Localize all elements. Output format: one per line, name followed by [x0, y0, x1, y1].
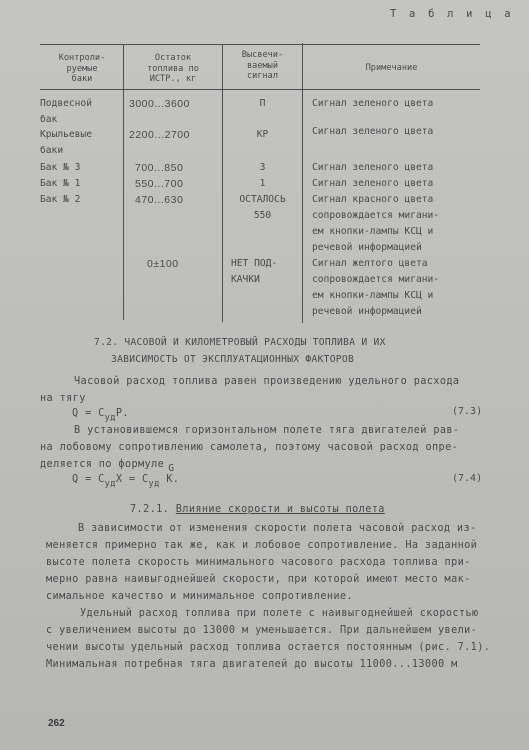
document-page: Т а б л и ц а 7.2 Контроли- руемые баки …	[0, 0, 529, 750]
eq-subscript: уд	[105, 479, 116, 489]
subsection-heading: 7.2.1. Влияние скорости и высоты полета	[130, 501, 385, 518]
cell-tank: Крыльевые баки	[40, 127, 92, 159]
cell-signal: НЕТ ПОД- КАЧКИ	[231, 256, 277, 288]
section-heading: 7.2. ЧАСОВОЙ И КИЛОМЕТРОВЫЙ РАСХОДЫ ТОПЛ…	[94, 337, 386, 348]
equation-7-4: Q = CудX = Cуд GK.	[72, 471, 179, 489]
paragraph-line: меняется примерно так же, как и лобовое …	[46, 537, 477, 554]
eq-subscript: уд	[149, 479, 160, 489]
cell-note: Сигнал зеленого цвета	[312, 96, 433, 112]
subsection-number: 7.2.1.	[130, 504, 169, 515]
cell-tank: Бак № 2	[40, 192, 80, 208]
cell-remainder: 550...700	[135, 176, 183, 192]
paragraph-line: симальное качество и минимальное сопроти…	[46, 588, 353, 605]
cell-note: Сигнал желтого цвета сопровождается мига…	[312, 256, 439, 320]
cell-signal: 3	[223, 160, 302, 176]
eq-text: P.	[116, 408, 129, 419]
equation-7-3: Q = CудP.	[72, 405, 129, 423]
cell-tank: Бак № 3	[40, 160, 80, 176]
cell-signal: 1	[223, 176, 302, 192]
cell-tank: Бак № 1	[40, 176, 80, 192]
paragraph-line: высоте полета скорость минимального часо…	[46, 554, 471, 571]
cell-note: Сигнал зеленого цвета	[312, 160, 433, 176]
paragraph-line: Часовой расход топлива равен произведени…	[74, 373, 459, 390]
equation-number: (7.3)	[452, 406, 482, 417]
cell-remainder: 2200...2700	[129, 127, 190, 143]
subsection-title: Влияние скорости и высоты полета	[176, 504, 385, 515]
cell-signal: П	[223, 96, 302, 112]
table-column-divider	[123, 45, 124, 320]
cell-remainder: 700...850	[135, 160, 183, 176]
table-top-border	[40, 44, 480, 45]
eq-text: X = C	[116, 474, 149, 485]
table-header-border	[40, 89, 480, 90]
cell-remainder: 3000...3600	[129, 96, 190, 112]
page-number: 262	[48, 718, 65, 729]
table-column-divider	[302, 43, 303, 323]
eq-numerator: G	[168, 460, 174, 477]
cell-signal: ОСТАЛОСЬ 550	[223, 192, 302, 224]
cell-tank: Подвесной бак	[40, 96, 92, 128]
table-header-note: Примечание	[303, 63, 480, 74]
eq-text: Q = C	[72, 408, 105, 419]
equation-number: (7.4)	[452, 473, 482, 484]
paragraph-line: В зависимости от изменения скорости поле…	[78, 520, 477, 537]
table-header-tanks: Контроли- руемые баки	[42, 53, 122, 85]
cell-signal: КР	[223, 127, 302, 143]
paragraph-line: В установившемся горизонтальном полете т…	[74, 422, 459, 439]
paragraph-line: с увеличением высоты до 13000 м уменьшае…	[46, 622, 477, 639]
paragraph-line: на лобовому сопротивлению самолета, поэт…	[40, 439, 458, 456]
cell-remainder: 470...630	[135, 192, 183, 208]
paragraph-line: мерно равна наивыгоднейшей скорости, при…	[46, 571, 471, 588]
paragraph-line: Удельный расход топлива при полете с наи…	[80, 605, 479, 622]
cell-remainder: 0±100	[147, 256, 179, 272]
cell-note: Сигнал зеленого цвета	[312, 124, 433, 140]
eq-text: Q = C	[72, 474, 105, 485]
section-heading-line2: ЗАВИСИМОСТЬ ОТ ЭКСПЛУАТАЦИОННЫХ ФАКТОРОВ	[111, 354, 354, 365]
cell-note: Сигнал красного цвета сопровождается миг…	[312, 192, 439, 256]
table-caption: Т а б л и ц а 7.2	[390, 8, 529, 20]
cell-note: Сигнал зеленого цвета	[312, 176, 433, 192]
eq-fraction: GK	[166, 471, 173, 488]
paragraph-line: чении высоты удельный расход топлива ост…	[46, 639, 490, 656]
table-header-signal: Высвечи- ваемый сигнал	[223, 50, 302, 82]
paragraph-line: Минимальная потребная тяга двигателей до…	[46, 656, 458, 673]
table-header-remainder: Остаток топлива по ИСТР., кг	[124, 53, 222, 85]
